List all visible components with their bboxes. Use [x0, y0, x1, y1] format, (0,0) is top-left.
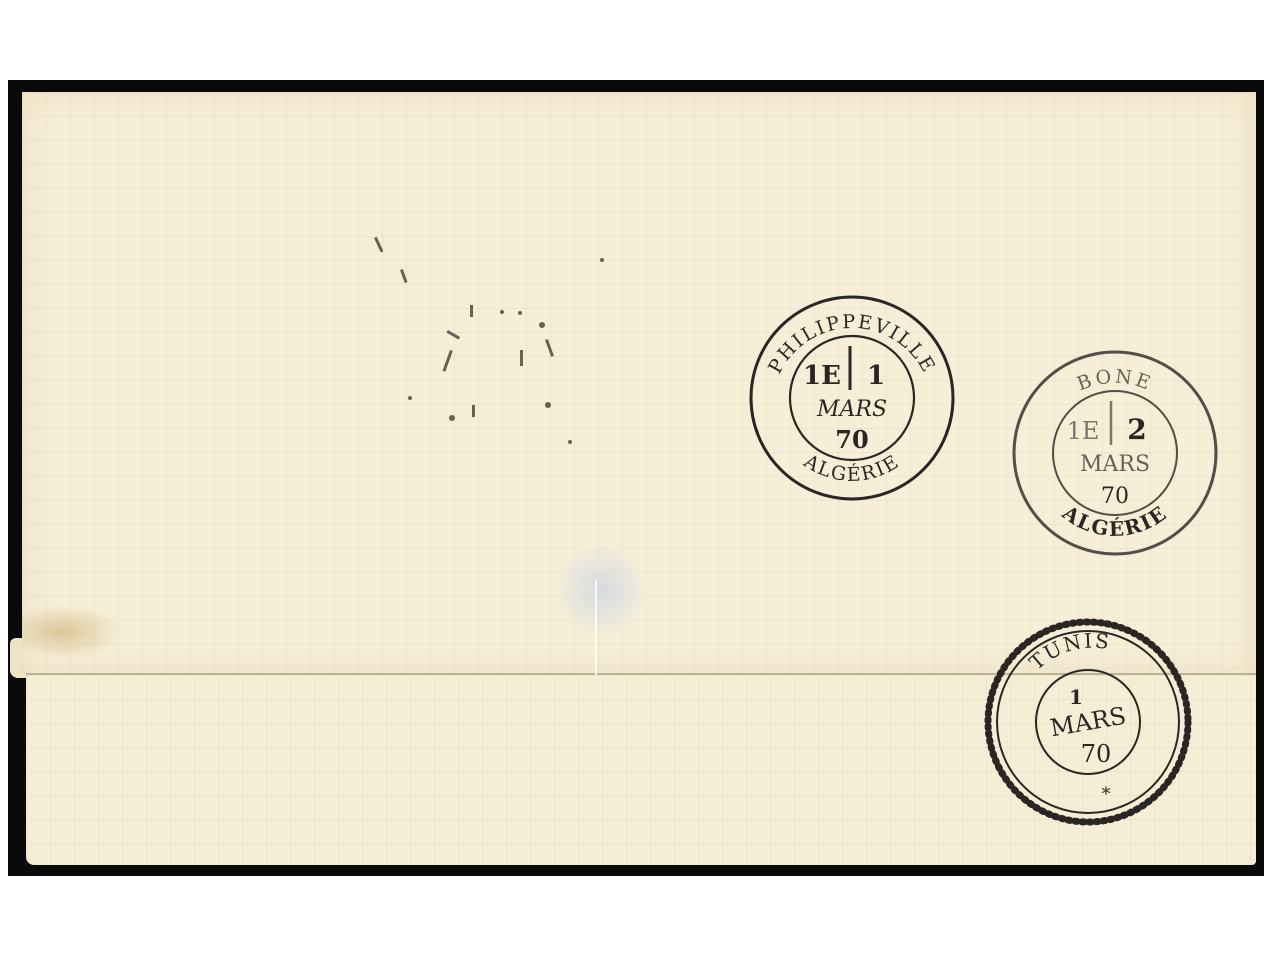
svg-text:1: 1: [1069, 685, 1083, 709]
bone-postmark: BONE ALGÉRIE 1E 2 MARS 70: [1008, 348, 1223, 558]
svg-text:70: 70: [835, 425, 868, 454]
seal-crease: [595, 580, 597, 675]
svg-text:2: 2: [1127, 413, 1146, 446]
svg-text:1E: 1E: [1067, 417, 1100, 445]
philippeville-postmark: PHILIPPEVILLE ALGÉRIE 1E 1 MARS 70: [745, 293, 960, 503]
faint-postmark: [330, 220, 610, 450]
svg-text:*: *: [1102, 784, 1111, 805]
svg-text:MARS: MARS: [1080, 452, 1150, 477]
wax-seal-remnant: [556, 545, 646, 635]
svg-text:1E: 1E: [803, 361, 841, 391]
svg-text:MARS: MARS: [816, 397, 887, 422]
svg-text:1: 1: [867, 361, 885, 391]
svg-text:MARS: MARS: [1048, 702, 1128, 743]
svg-text:ALGÉRIE: ALGÉRIE: [799, 450, 904, 486]
svg-text:70: 70: [1101, 484, 1129, 509]
svg-text:PHILIPPEVILLE: PHILIPPEVILLE: [764, 311, 940, 377]
svg-text:70: 70: [1081, 740, 1112, 768]
tunis-postmark: TUNIS 1 MARS 70 *: [978, 612, 1198, 832]
